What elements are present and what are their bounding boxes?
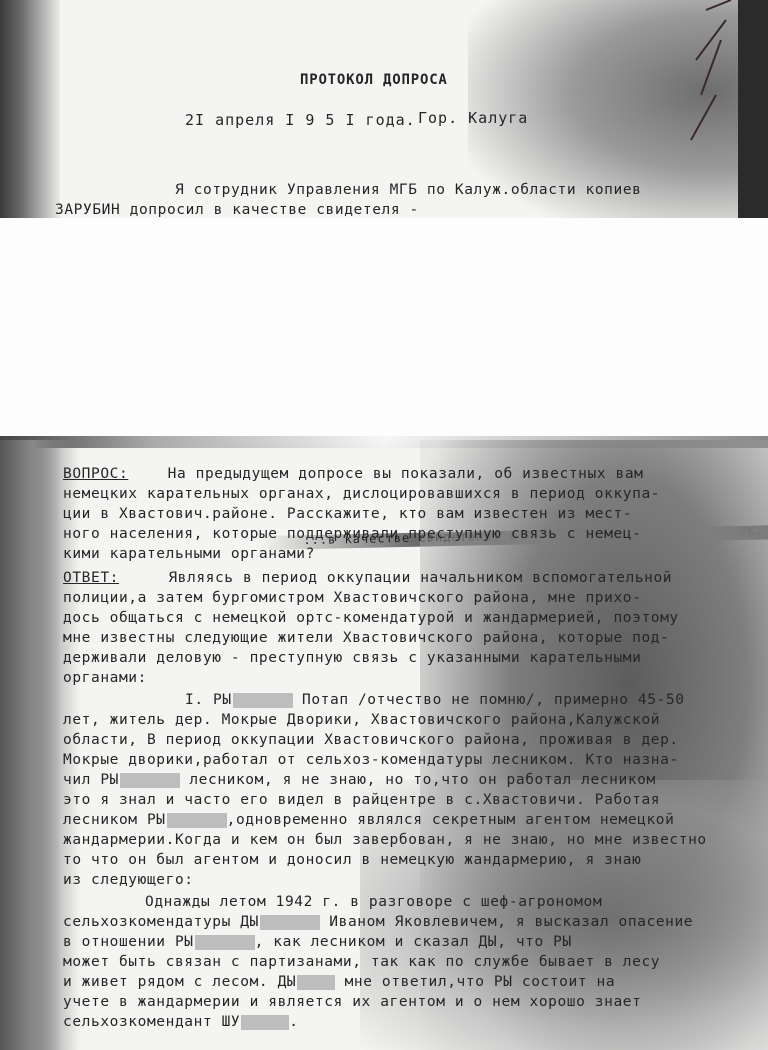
document-city: Гор. Калуга — [418, 110, 528, 127]
answer-line-2: полиции,а затем бургомистром Хвастовичск… — [63, 590, 641, 607]
answer-line-4: мне известны следующие жители Хвастовичс… — [63, 630, 669, 647]
para1942-line-1: Однажды летом 1942 г. в разговоре с шеф-… — [145, 894, 602, 911]
redaction-box — [260, 915, 320, 930]
question-line-3: ции в Хвастович.районе. Расскажите, кто … — [63, 506, 632, 523]
person-line-7: лесником РЫ,одновременно являлся секретн… — [63, 812, 674, 829]
redaction-box — [297, 975, 335, 990]
intro-line-2: ЗАРУБИН допросил в качестве свидетеля - — [55, 202, 419, 219]
answer-line-1: ОТВЕТ: Являясь в период оккупации началь… — [63, 570, 672, 587]
obscured-band: ...в качестве свидетеля, с предупреждени… — [0, 218, 768, 443]
person-line-2: лет, житель дер. Мокрые Дворики, Хвастов… — [63, 712, 660, 729]
question-label: ВОПРОС: — [63, 466, 128, 482]
intro-line-1: Я сотрудник Управления МГБ по Калуж.обла… — [175, 182, 642, 199]
para1942-line-2: сельхозкомендатуры ДЫ Иваном Яковлевичем… — [63, 914, 693, 931]
question-line-5: кими карательными органами? — [63, 546, 315, 563]
scanned-document-page: ПРОТОКОЛ ДОПРОСА 2I апреля I 9 5 I года.… — [0, 0, 768, 1050]
person-line-4: Мокрые дворики,работал от сельхоз-коменд… — [63, 752, 679, 769]
person-line-6: это я знал и часто его видел в райцентре… — [63, 792, 660, 809]
para1942-line-6: учете в жандармерии и является их агенто… — [63, 994, 641, 1011]
question-line-2: немецких карательных органах, дислоциров… — [63, 486, 660, 503]
answer-label: ОТВЕТ: — [63, 570, 119, 586]
redaction-box — [195, 935, 255, 950]
document-date: 2I апреля I 9 5 I года. — [185, 112, 416, 129]
redaction-box — [167, 813, 227, 828]
question-line-4: ного населения, которые поддерживали пре… — [63, 526, 641, 543]
person-line-10: из следующего: — [63, 872, 194, 889]
para1942-line-4: может быть связан с партизанами, так как… — [63, 954, 660, 971]
redaction-box — [241, 1015, 289, 1030]
person-line-3: области, В период оккупации Хвастовичско… — [63, 732, 679, 749]
handwritten-mark-icon — [686, 0, 746, 200]
para1942-line-7: сельхозкомендант ШУ. — [63, 1014, 299, 1031]
para1942-line-3: в отношении РЫ, как лесником и сказал ДЫ… — [63, 934, 572, 951]
para1942-line-5: и живет рядом с лесом. ДЫ мне ответил,чт… — [63, 974, 615, 991]
answer-line-6: органами: — [63, 670, 147, 687]
redaction-box — [120, 773, 180, 788]
answer-line-3: дось общаться с немецкой ортс-комендатур… — [63, 610, 679, 627]
redaction-box — [233, 693, 293, 708]
answer-line-5: держивали деловую - преступную связь с у… — [63, 650, 641, 667]
document-title: ПРОТОКОЛ ДОПРОСА — [300, 72, 448, 89]
person-line-9: то что он был агентом и доносил в немецк… — [63, 852, 641, 869]
person-line-1: I. РЫ Потап /отчество не помню/, примерн… — [185, 692, 685, 709]
question-line-1: ВОПРОС: На предыдущем допросе вы показал… — [63, 466, 643, 483]
person-line-5: чил РЫ лесником, я не знаю, но то,что он… — [63, 772, 656, 789]
person-line-8: жандармерии.Когда и кем он был завербова… — [63, 832, 707, 849]
